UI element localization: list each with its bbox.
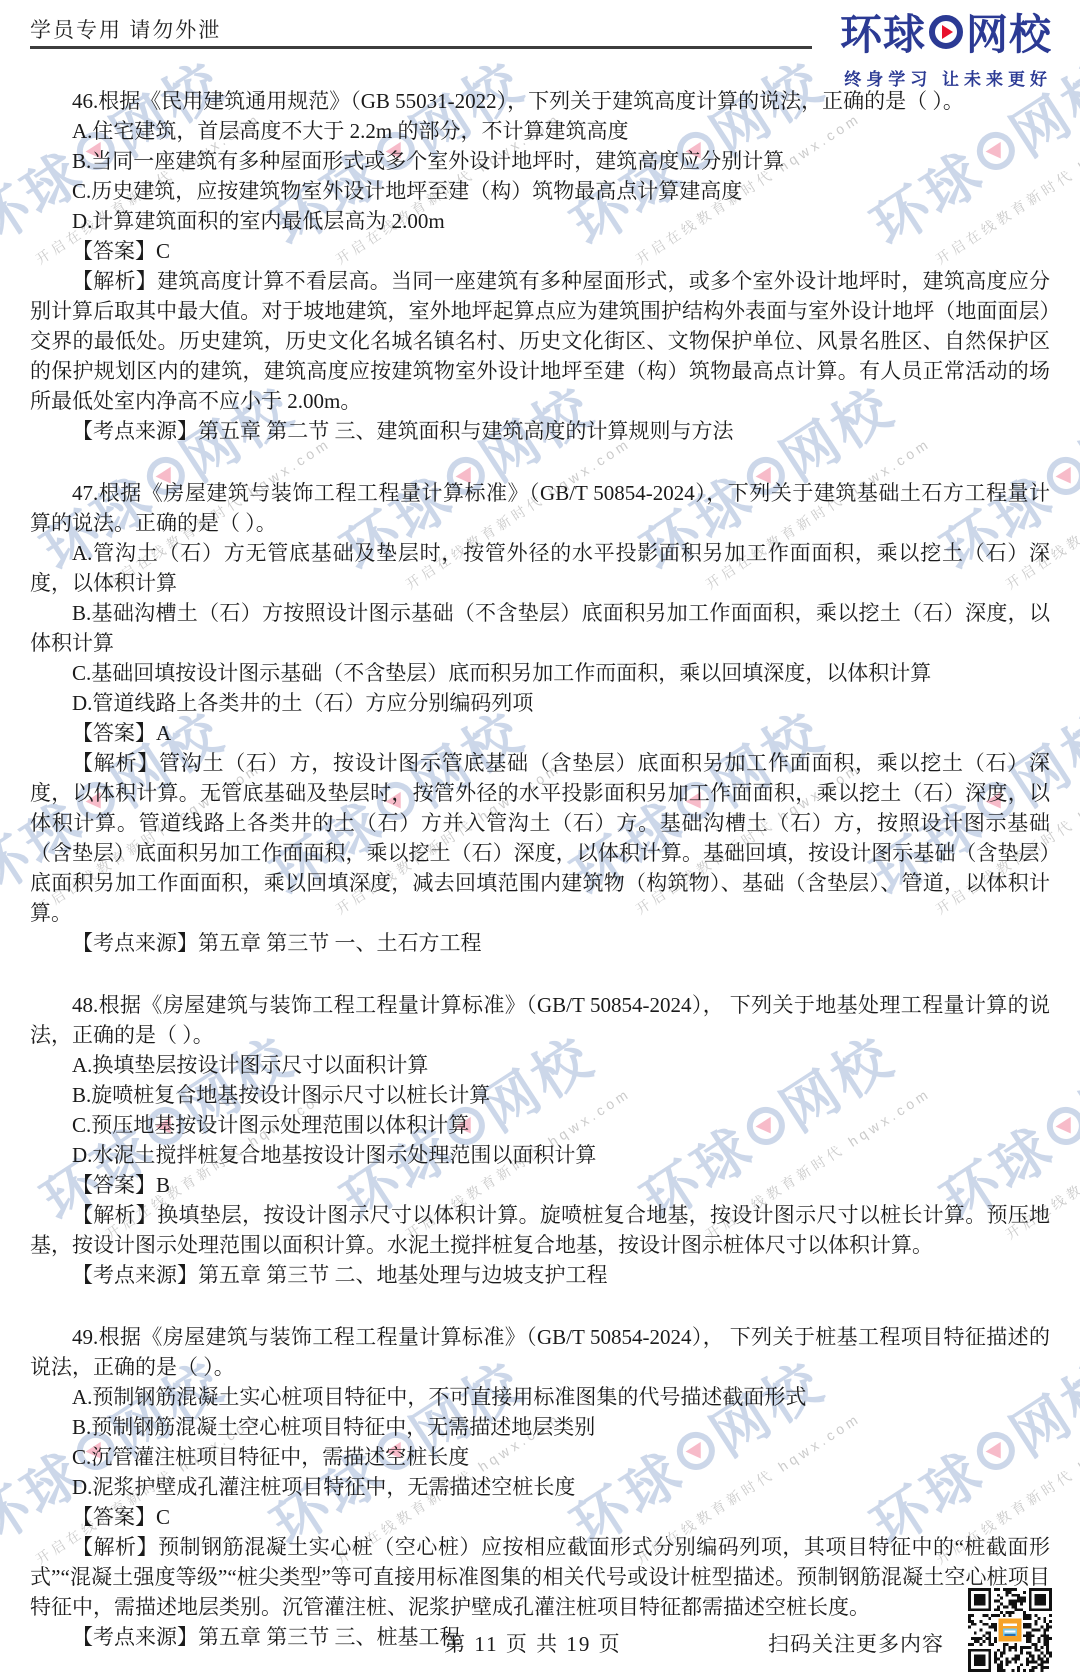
analysis-label: 【解析】 <box>72 1535 158 1559</box>
answer-label: 【答案】 <box>72 721 156 745</box>
analysis-line: 【解析】换填垫层，按设计图示尺寸以体积计算。旋喷桩复合地基，按设计图示尺寸以桩长… <box>30 1200 1050 1260</box>
brand-text-right: 网校 <box>966 2 1052 62</box>
confidential-notice: 学员专用 请勿外泄 <box>30 14 221 44</box>
analysis-text: 建筑高度计算不看层高。当同一座建筑有多种屋面形式，或多个室外设计地坪时，建筑高度… <box>30 269 1050 413</box>
analysis-label: 【解析】 <box>72 269 157 293</box>
question-48: 48.根据《房屋建筑与装饰工程工程量计算标准》（GB/T 50854-2024）… <box>30 990 1050 1290</box>
brand-text-left: 环球 <box>840 2 926 62</box>
scan-hint: 扫码关注更多内容 <box>768 1628 944 1658</box>
answer-value: A <box>156 721 171 745</box>
question-option-a: A.换填垫层按设计图示尺寸以面积计算 <box>30 1050 1050 1080</box>
question-option-c: C.预压地基按设计图示处理范围以体积计算 <box>30 1110 1050 1140</box>
page-number: 第 11 页 共 19 页 <box>444 1628 621 1658</box>
header-divider <box>30 46 812 49</box>
document-page: 环球网校开启在线教育新时代 hqwx.com环球网校开启在线教育新时代 hqwx… <box>0 0 1080 1674</box>
question-option-a: A.住宅建筑，首层高度不大于 2.2m 的部分，不计算建筑高度 <box>30 116 1050 146</box>
source-text: 第五章 第三节 二、地基处理与边坡支护工程 <box>198 1263 608 1287</box>
question-option-c: C.沉管灌注桩项目特征中，需描述空桩长度 <box>30 1442 1050 1472</box>
question-option-c: C.基础回填按设计图示基础（不含垫层）底而积另加工作而面积，乘以回填深度，以体积… <box>30 658 1050 688</box>
source-text: 第五章 第二节 三、建筑面积与建筑高度的计算规则与方法 <box>198 419 734 443</box>
analysis-label: 【解析】 <box>72 751 159 775</box>
brand-logo: 环球 网校 终身学习 让未来更好 <box>840 2 1052 90</box>
question-stem: 48.根据《房屋建筑与装饰工程工程量计算标准》（GB/T 50854-2024）… <box>30 990 1050 1050</box>
source-label: 【考点来源】 <box>72 1263 198 1287</box>
analysis-label: 【解析】 <box>72 1203 157 1227</box>
analysis-text: 换填垫层，按设计图示尺寸以体积计算。旋喷桩复合地基，按设计图示尺寸以桩长计算。预… <box>30 1203 1050 1257</box>
answer-value: B <box>156 1173 170 1197</box>
source-label: 【考点来源】 <box>72 931 198 955</box>
question-46: 46.根据《民用建筑通用规范》（GB 55031-2022），下列关于建筑高度计… <box>30 86 1050 446</box>
question-option-b: B.当同一座建筑有多种屋面形式或多个室外设计地坪时，建筑高度应分别计算 <box>30 146 1050 176</box>
analysis-line: 【解析】建筑高度计算不看层高。当同一座建筑有多种屋面形式，或多个室外设计地坪时，… <box>30 266 1050 416</box>
answer-value: C <box>156 239 170 263</box>
question-option-b: B.旋喷桩复合地基按设计图示尺寸以桩长计算 <box>30 1080 1050 1110</box>
source-text: 第五章 第三节 一、土石方工程 <box>198 931 482 955</box>
answer-line: 【答案】C <box>30 1502 1050 1532</box>
answer-label: 【答案】 <box>72 1505 156 1529</box>
question-option-d: D.计算建筑面积的室内最低层高为 2.00m <box>30 206 1050 236</box>
question-option-b: B.预制钢筋混凝土空心桩项目特征中，无需描述地层类别 <box>30 1412 1050 1442</box>
question-stem: 49.根据《房屋建筑与装饰工程工程量计算标准》（GB/T 50854-2024）… <box>30 1322 1050 1382</box>
play-icon <box>929 15 963 49</box>
answer-line: 【答案】C <box>30 236 1050 266</box>
answer-line: 【答案】A <box>30 718 1050 748</box>
answer-label: 【答案】 <box>72 1173 156 1197</box>
page-footer: 第 11 页 共 19 页 扫码关注更多内容 <box>0 1584 1080 1674</box>
source-line: 【考点来源】第五章 第三节 二、地基处理与边坡支护工程 <box>30 1260 1050 1290</box>
question-option-a: A.管沟土（石）方无管底基础及垫层时，按管外径的水平投影面积另加工作面面积，乘以… <box>30 538 1050 598</box>
question-option-d: D.管道线路上各类井的土（石）方应分别编码列项 <box>30 688 1050 718</box>
answer-line: 【答案】B <box>30 1170 1050 1200</box>
source-line: 【考点来源】第五章 第三节 一、土石方工程 <box>30 928 1050 958</box>
qr-code <box>968 1588 1052 1672</box>
question-option-a: A.预制钢筋混凝土实心桩项目特征中，不可直接用标准图集的代号描述截面形式 <box>30 1382 1050 1412</box>
questions-area: 46.根据《民用建筑通用规范》（GB 55031-2022），下列关于建筑高度计… <box>0 86 1080 1652</box>
question-stem: 47.根据《房屋建筑与装饰工程工程量计算标准》（GB/T 50854-2024）… <box>30 478 1050 538</box>
question-option-b: B.基础沟槽土（石）方按照设计图示基础（不含垫层）底面积另加工作面面积，乘以挖土… <box>30 598 1050 658</box>
answer-label: 【答案】 <box>72 239 156 263</box>
analysis-line: 【解析】管沟土（石）方，按设计图示管底基础（含垫层）底面积另加工作面面积，乘以挖… <box>30 748 1050 928</box>
source-label: 【考点来源】 <box>72 419 198 443</box>
question-47: 47.根据《房屋建筑与装饰工程工程量计算标准》（GB/T 50854-2024）… <box>30 478 1050 958</box>
question-option-c: C.历史建筑，应按建筑物室外设计地坪至建（构）筑物最高点计算建高度 <box>30 176 1050 206</box>
question-option-d: D.水泥土搅拌桩复合地基按设计图示处理范围以面积计算 <box>30 1140 1050 1170</box>
source-line: 【考点来源】第五章 第二节 三、建筑面积与建筑高度的计算规则与方法 <box>30 416 1050 446</box>
page-header: 学员专用 请勿外泄 环球 网校 终身学习 让未来更好 <box>0 0 1080 80</box>
question-option-d: D.泥浆护壁成孔灌注桩项目特征中，无需描述空桩长度 <box>30 1472 1050 1502</box>
answer-value: C <box>156 1505 170 1529</box>
analysis-text: 管沟土（石）方，按设计图示管底基础（含垫层）底面积另加工作面面积，乘以挖土（石）… <box>30 751 1050 925</box>
question-stem: 46.根据《民用建筑通用规范》（GB 55031-2022），下列关于建筑高度计… <box>30 86 1050 116</box>
